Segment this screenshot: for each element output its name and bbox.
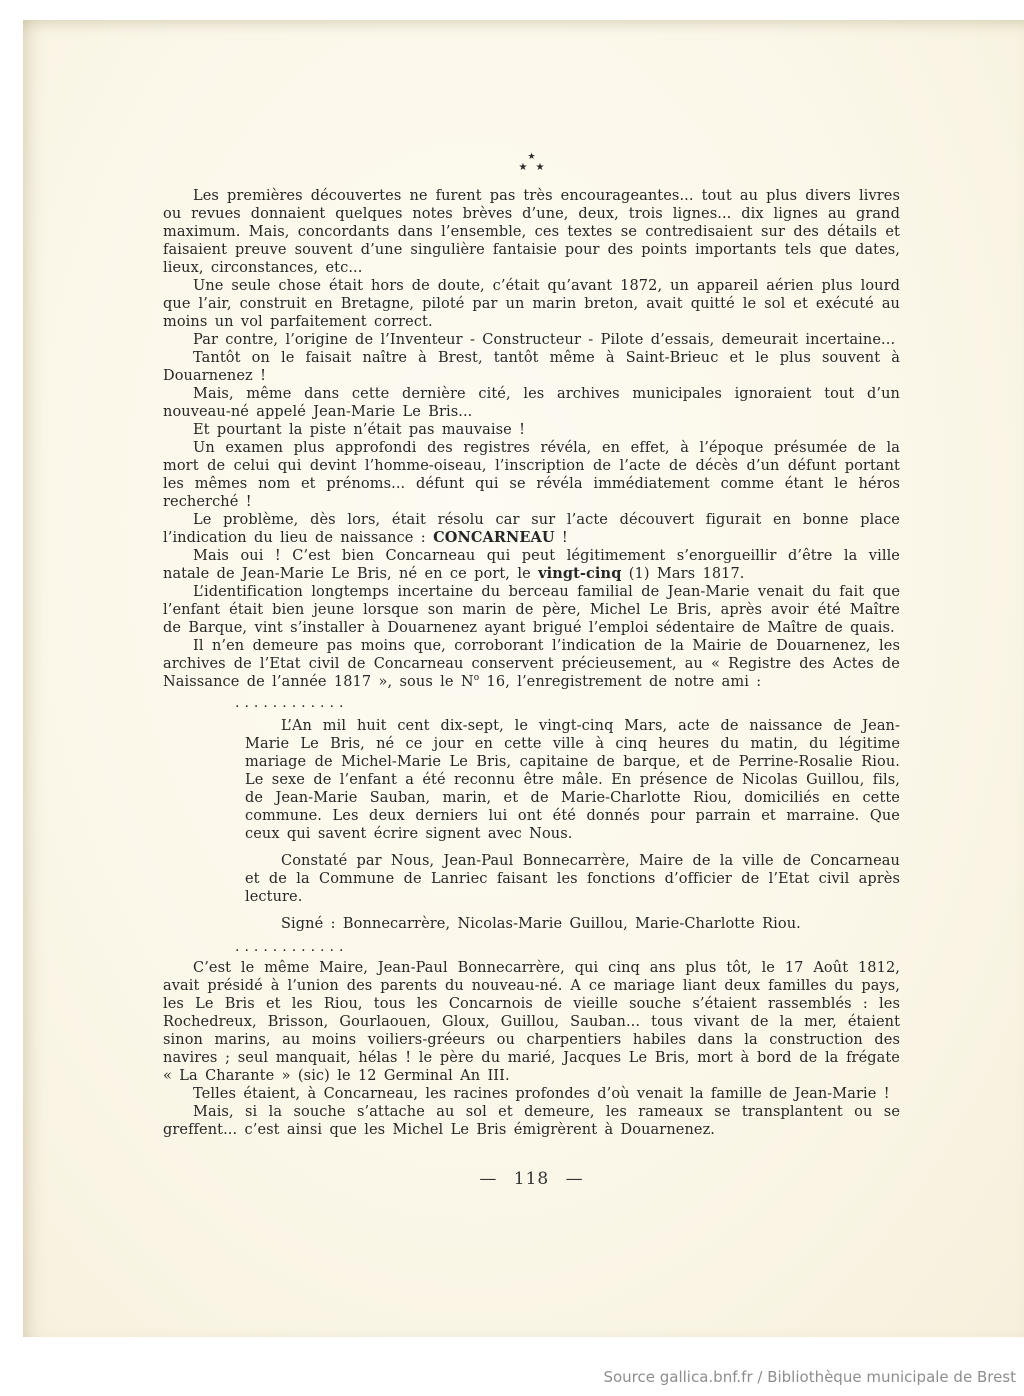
paragraph: Un examen plus approfondi des registres … xyxy=(163,439,900,511)
ellipsis-separator: ............ xyxy=(235,938,900,956)
paragraph: Le problème, dès lors, était résolu car … xyxy=(163,511,900,547)
paragraph: Telles étaient, à Concarneau, les racine… xyxy=(163,1085,900,1103)
paragraph: L’identification longtemps incertaine du… xyxy=(163,583,900,637)
paragraph-text: ! xyxy=(555,530,568,546)
page-number: — 118 — xyxy=(163,1169,900,1189)
source-credit-text: Source gallica.bnf.fr / Bibliothèque mun… xyxy=(603,1368,1016,1386)
birth-record-quote: L’An mil huit cent dix-sept, le vingt-ci… xyxy=(245,717,900,933)
ellipsis-separator: ............ xyxy=(235,694,900,712)
paragraph: Mais, même dans cette dernière cité, les… xyxy=(163,385,900,421)
bold-birthplace-name: CONCARNEAU xyxy=(433,529,554,546)
source-footer: Source gallica.bnf.fr / Bibliothèque mun… xyxy=(0,1337,1024,1396)
star-icon: ★ xyxy=(519,162,536,173)
star-icon: ★ xyxy=(536,162,553,173)
paragraph: Par contre, l’origine de l’Inventeur - C… xyxy=(163,331,900,349)
book-page: ★ ★★ Les premières découvertes ne furent… xyxy=(23,20,1024,1337)
paragraph: Il n’en demeure pas moins que, corrobora… xyxy=(163,637,900,691)
paragraph-text: (1) Mars 1817. xyxy=(621,566,744,582)
paragraph: C’est le même Maire, Jean-Paul Bonnecarr… xyxy=(163,959,900,1085)
star-icon: ★ xyxy=(163,153,900,162)
paragraph: Et pourtant la piste n’était pas mauvais… xyxy=(163,421,900,439)
quote-paragraph: L’An mil huit cent dix-sept, le vingt-ci… xyxy=(245,717,900,843)
paragraph-text: 16, l’enregistrement de notre ami : xyxy=(479,674,761,690)
quote-paragraph: Constaté par Nous, Jean-Paul Bonnecarrèr… xyxy=(245,852,900,906)
paragraph: Une seule chose était hors de doute, c’é… xyxy=(163,277,900,331)
paragraph: Mais, si la souche s’attache au sol et d… xyxy=(163,1103,900,1139)
paragraph: Les premières découvertes ne furent pas … xyxy=(163,187,900,277)
paragraph: Tantôt on le faisait naître à Brest, tan… xyxy=(163,349,900,385)
bold-birthdate: vingt-cinq xyxy=(538,565,621,582)
asterism-ornament: ★ ★★ xyxy=(163,153,900,173)
signature-line: Signé : Bonnecarrère, Nicolas-Marie Guil… xyxy=(245,915,900,933)
star-pair-icon: ★★ xyxy=(163,162,900,173)
paragraph: Mais oui ! C’est bien Concarneau qui peu… xyxy=(163,547,900,583)
paragraph-text: Mais oui ! C’est bien Concarneau qui peu… xyxy=(163,548,900,582)
